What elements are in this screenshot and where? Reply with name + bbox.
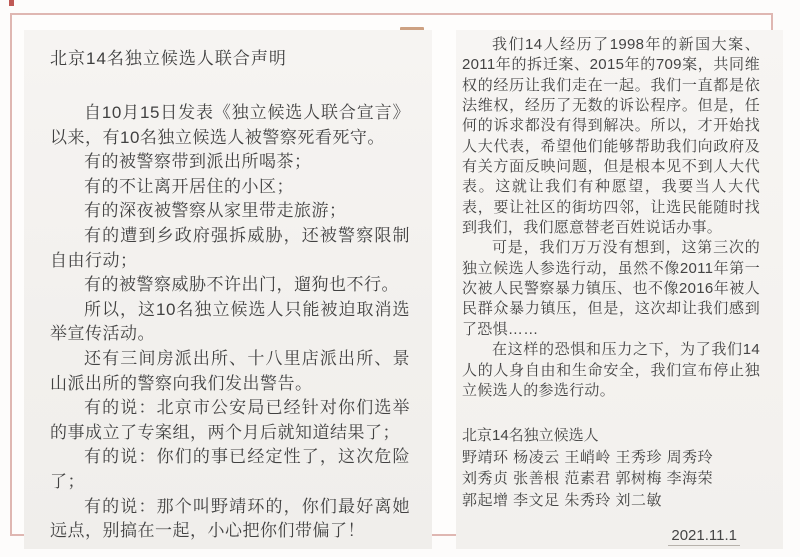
signature-heading: 北京14名独立候选人 bbox=[462, 425, 760, 447]
paragraph: 所以，这10名独立候选人只能被迫取消选举宣传活动。 bbox=[50, 298, 410, 347]
paragraph: 自10月15日发表《独立候选人联合宣言》以来，有10名独立候选人被警察死看死守。 bbox=[50, 101, 410, 150]
signer-line: 刘秀贞 张善根 范素君 郭树梅 李海荣 bbox=[462, 468, 760, 490]
paragraph: 有的说：你们的事已经定性了，这次危险了； bbox=[50, 445, 410, 494]
photo-frame-border: 北京14名独立候选人联合声明 自10月15日发表《独立候选人联合宣言》以来，有1… bbox=[10, 13, 773, 536]
signature-block: 北京14名独立候选人 野靖环 杨凌云 王峭岭 王秀珍 周秀玲 刘秀贞 张善根 范… bbox=[462, 425, 760, 546]
paragraph: 有的被警察威胁不许出门，遛狗也不行。 bbox=[50, 273, 410, 298]
document-photo: 北京14名独立候选人联合声明 自10月15日发表《独立候选人联合宣言》以来，有1… bbox=[0, 0, 800, 557]
paragraph: 有的说：北京市公安局已经针对你们选举的事成立了专案组，两个月后就知道结果了； bbox=[50, 396, 410, 445]
red-partial-mark bbox=[9, 0, 14, 6]
paragraph: 我们14人经历了1998年的新国大案、2011年的拆迁案、2015年的709案，… bbox=[462, 35, 760, 238]
statement-page-left: 北京14名独立候选人联合声明 自10月15日发表《独立候选人联合宣言》以来，有1… bbox=[24, 30, 432, 549]
paragraph: 可是，我们万万没有想到，这第三次的独立候选人参选行动，虽然不像2011年第一次被… bbox=[462, 238, 760, 340]
date-line: 2021.11.1 bbox=[462, 527, 760, 546]
paragraph: 有的深夜被警察从家里带走旅游； bbox=[50, 199, 410, 224]
paragraph: 在这样的恐惧和压力之下，为了我们14人的人身自由和生命安全，我们宣布停止独立候选… bbox=[462, 340, 760, 401]
signer-line: 郭起增 李文足 朱秀玲 刘二敏 bbox=[462, 490, 760, 512]
paragraph: 有的遭到乡政府强拆威胁，还被警察限制自由行动； bbox=[50, 224, 410, 273]
paragraph: 还有三间房派出所、十八里店派出所、景山派出所的警察向我们发出警告。 bbox=[50, 347, 410, 396]
paragraph: 有的说：那个叫野靖环的，你们最好离她远点，别搞在一起，小心把你们带偏了！ bbox=[50, 495, 410, 544]
paragraph: 有的被警察带到派出所喝茶； bbox=[50, 150, 410, 175]
signer-line: 野靖环 杨凌云 王峭岭 王秀珍 周秀玲 bbox=[462, 447, 760, 469]
statement-title: 北京14名独立候选人联合声明 bbox=[50, 44, 410, 69]
statement-date: 2021.11.1 bbox=[668, 527, 740, 546]
paragraph: 有的不让离开居住的小区； bbox=[50, 175, 410, 200]
statement-page-right: 我们14人经历了1998年的新国大案、2011年的拆迁案、2015年的709案，… bbox=[456, 30, 783, 549]
